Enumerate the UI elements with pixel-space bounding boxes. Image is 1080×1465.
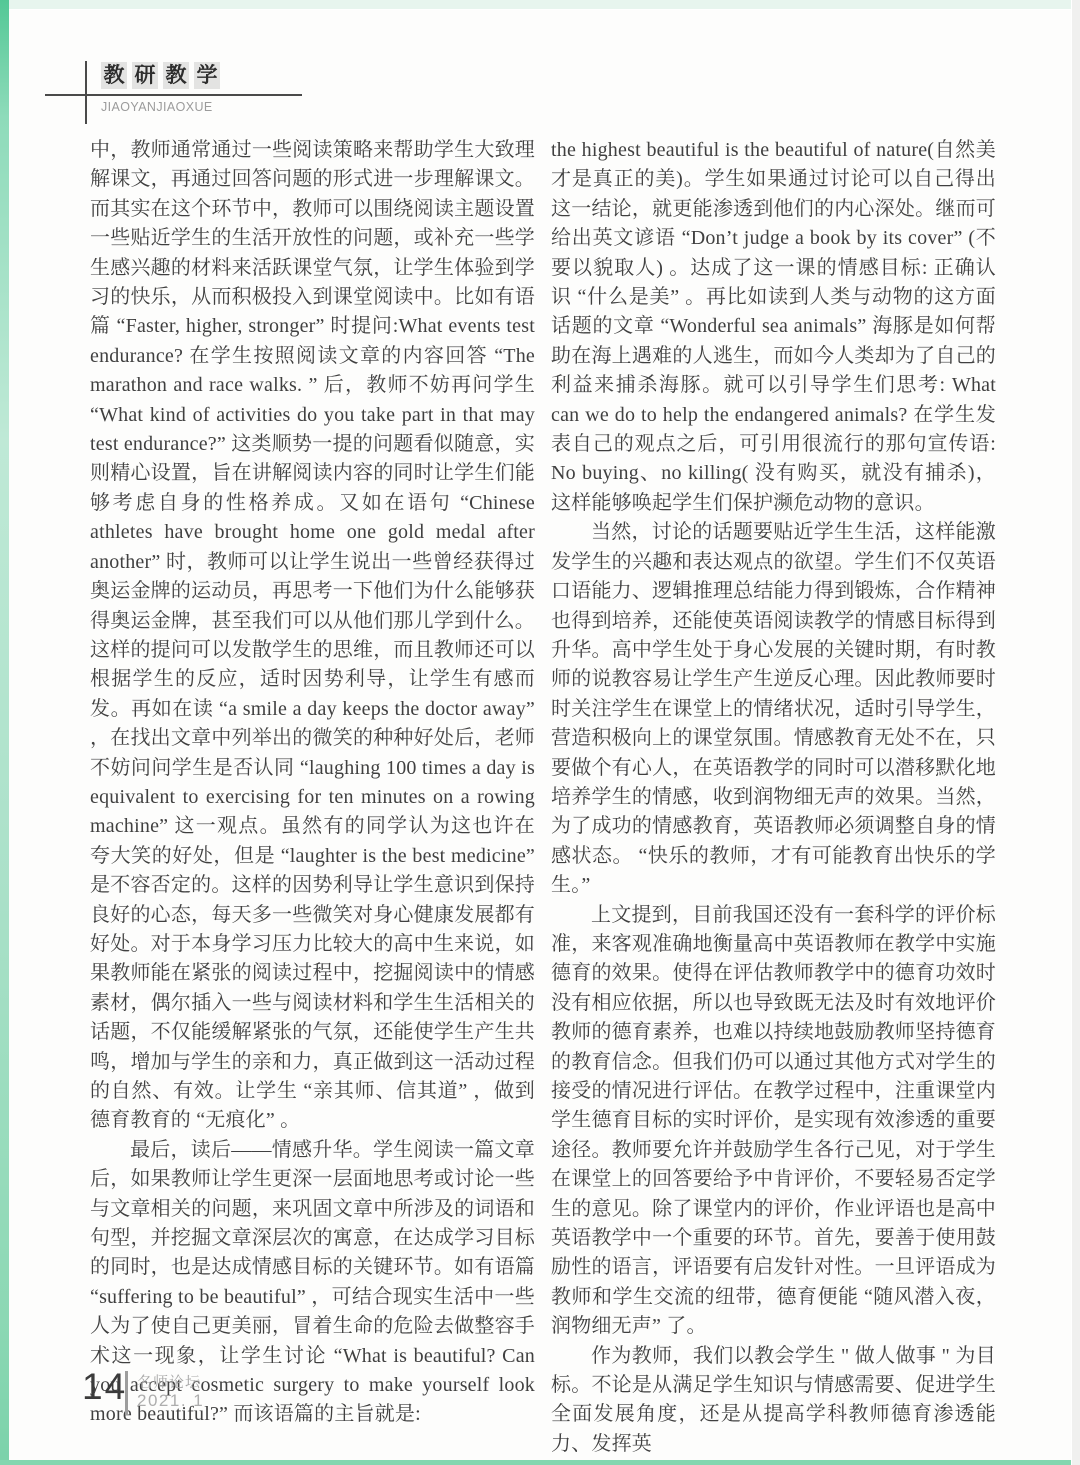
footer-divider: [125, 1371, 128, 1415]
footer-column-name: 名师论坛: [137, 1371, 201, 1392]
column-right: the highest beautiful is the beautiful o…: [551, 136, 996, 1459]
column-left: 中，教师通常通过一些阅读策略来帮助学生大致理解课文，再通过回答问题的形式进一步理…: [90, 136, 535, 1459]
journal-page-scan: 教 研 教 学 JIAOYANJIAOXUE 中，教师通常通过一些阅读策略来帮助…: [0, 0, 1080, 1465]
paragraph: 当然，讨论的话题要贴近学生生活，这样能激发学生的兴趣和表达观点的欲望。学生们不仅…: [551, 518, 996, 900]
scan-edge-right: [1071, 0, 1080, 1465]
scan-edge-top: [0, 0, 1080, 10]
header-rule-horizontal: [45, 94, 302, 96]
scan-edge-bottom: [0, 1460, 1080, 1465]
section-title-char: 教: [163, 62, 189, 89]
section-title-char: 研: [132, 62, 158, 89]
footer-issue-date: 2021. 1: [137, 1391, 204, 1411]
scan-edge-left: [0, 0, 9, 1465]
paragraph: 作为教师，我们以教会学生 " 做人做事 " 为目标。不论是从满足学生知识与情感需…: [551, 1342, 996, 1460]
header-rule-vertical: [85, 61, 87, 124]
section-title-romanized: JIAOYANJIAOXUE: [101, 100, 213, 114]
page-number: 14: [82, 1366, 127, 1408]
paragraph: 上文提到，目前我国还没有一套科学的评价标准，来客观准确地衡量高中英语教师在教学中…: [551, 901, 996, 1342]
article-body: 中，教师通常通过一些阅读策略来帮助学生大致理解课文，再通过回答问题的形式进一步理…: [90, 136, 996, 1459]
section-title-char: 学: [194, 62, 220, 89]
section-title: 教 研 教 学: [101, 62, 220, 89]
section-title-char: 教: [101, 62, 127, 89]
paragraph: the highest beautiful is the beautiful o…: [551, 136, 996, 518]
paragraph: 中，教师通常通过一些阅读策略来帮助学生大致理解课文，再通过回答问题的形式进一步理…: [90, 136, 535, 1136]
